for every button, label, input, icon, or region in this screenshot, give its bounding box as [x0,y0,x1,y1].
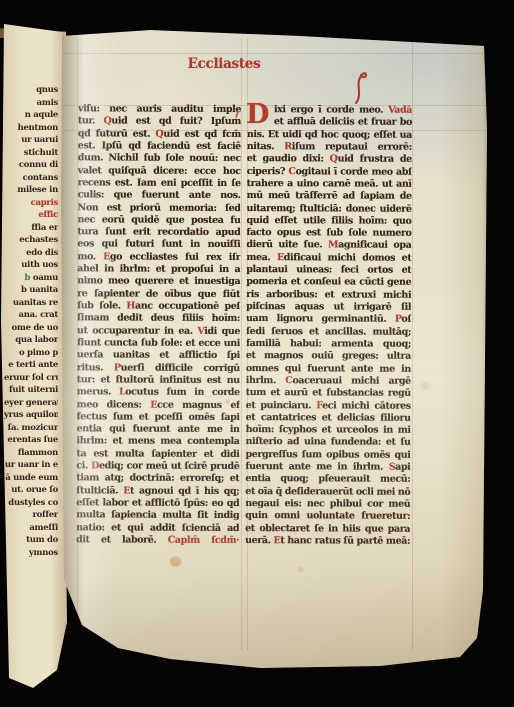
text-line: edo dis [4,247,58,260]
manuscript-photo: qnusamisn aqulehentmonur uaruistichuitco… [0,0,514,707]
text-line: uith uos [4,259,58,272]
facing-page-lines: qnusamisn aqulehentmonur uaruistichuitco… [4,84,58,559]
text-line: ffia er [4,222,58,235]
text-line: ymnos [4,547,58,560]
text-line: qua labor [4,334,58,347]
text-line: connu di [4,159,58,172]
page-shading [0,0,514,707]
text-line: n aqule [4,109,58,122]
text-line: hentmon [4,122,58,135]
rubric-text: capris [31,198,58,208]
text-line: flammon [4,447,58,460]
text-line: erentas ſue [4,434,58,447]
text-line: ā unde eum [4,472,58,485]
text-line: amis [4,97,58,110]
text-line: contans [4,172,58,185]
text-line: roſfer [4,509,58,522]
text-line: e terti ante [4,359,58,372]
text-line: b oamu [4,272,58,285]
book-page: Eccliastes viſu: nec auris auditu implet… [0,0,514,707]
text-line: eyer generat [4,397,58,410]
text-line: echastes [4,234,58,247]
text-line: fuit uiterni [4,384,58,397]
text-line: capris [4,197,58,210]
text-line: yrus aquilone [4,409,58,422]
text-line: uanitas re [4,297,58,310]
text-line: ut. orue ſo [4,484,58,497]
text-line: o pimo p [4,347,58,360]
text-line: ome de uo [4,322,58,335]
text-line: qnus [4,84,58,97]
text-line: ſa. mozicur [4,422,58,435]
rubric-text: effic [38,210,58,220]
facing-page-edge: qnusamisn aqulehentmonur uaruistichuitco… [0,22,70,690]
text-line: ur uarui [4,134,58,147]
text-line: ameſſi [4,522,58,535]
green-initial: b [25,273,31,283]
text-line: b uanita [4,284,58,297]
text-line: dustyles co [4,497,58,510]
text-line: tum do [4,534,58,547]
text-line: ur uanr in e [4,459,58,472]
text-line: ana. crat [4,309,58,322]
text-line: milese in [4,184,58,197]
text-line: eruur ſol cru [4,372,58,385]
text-line: effic [4,209,58,222]
text-line: stichuit [4,147,58,160]
